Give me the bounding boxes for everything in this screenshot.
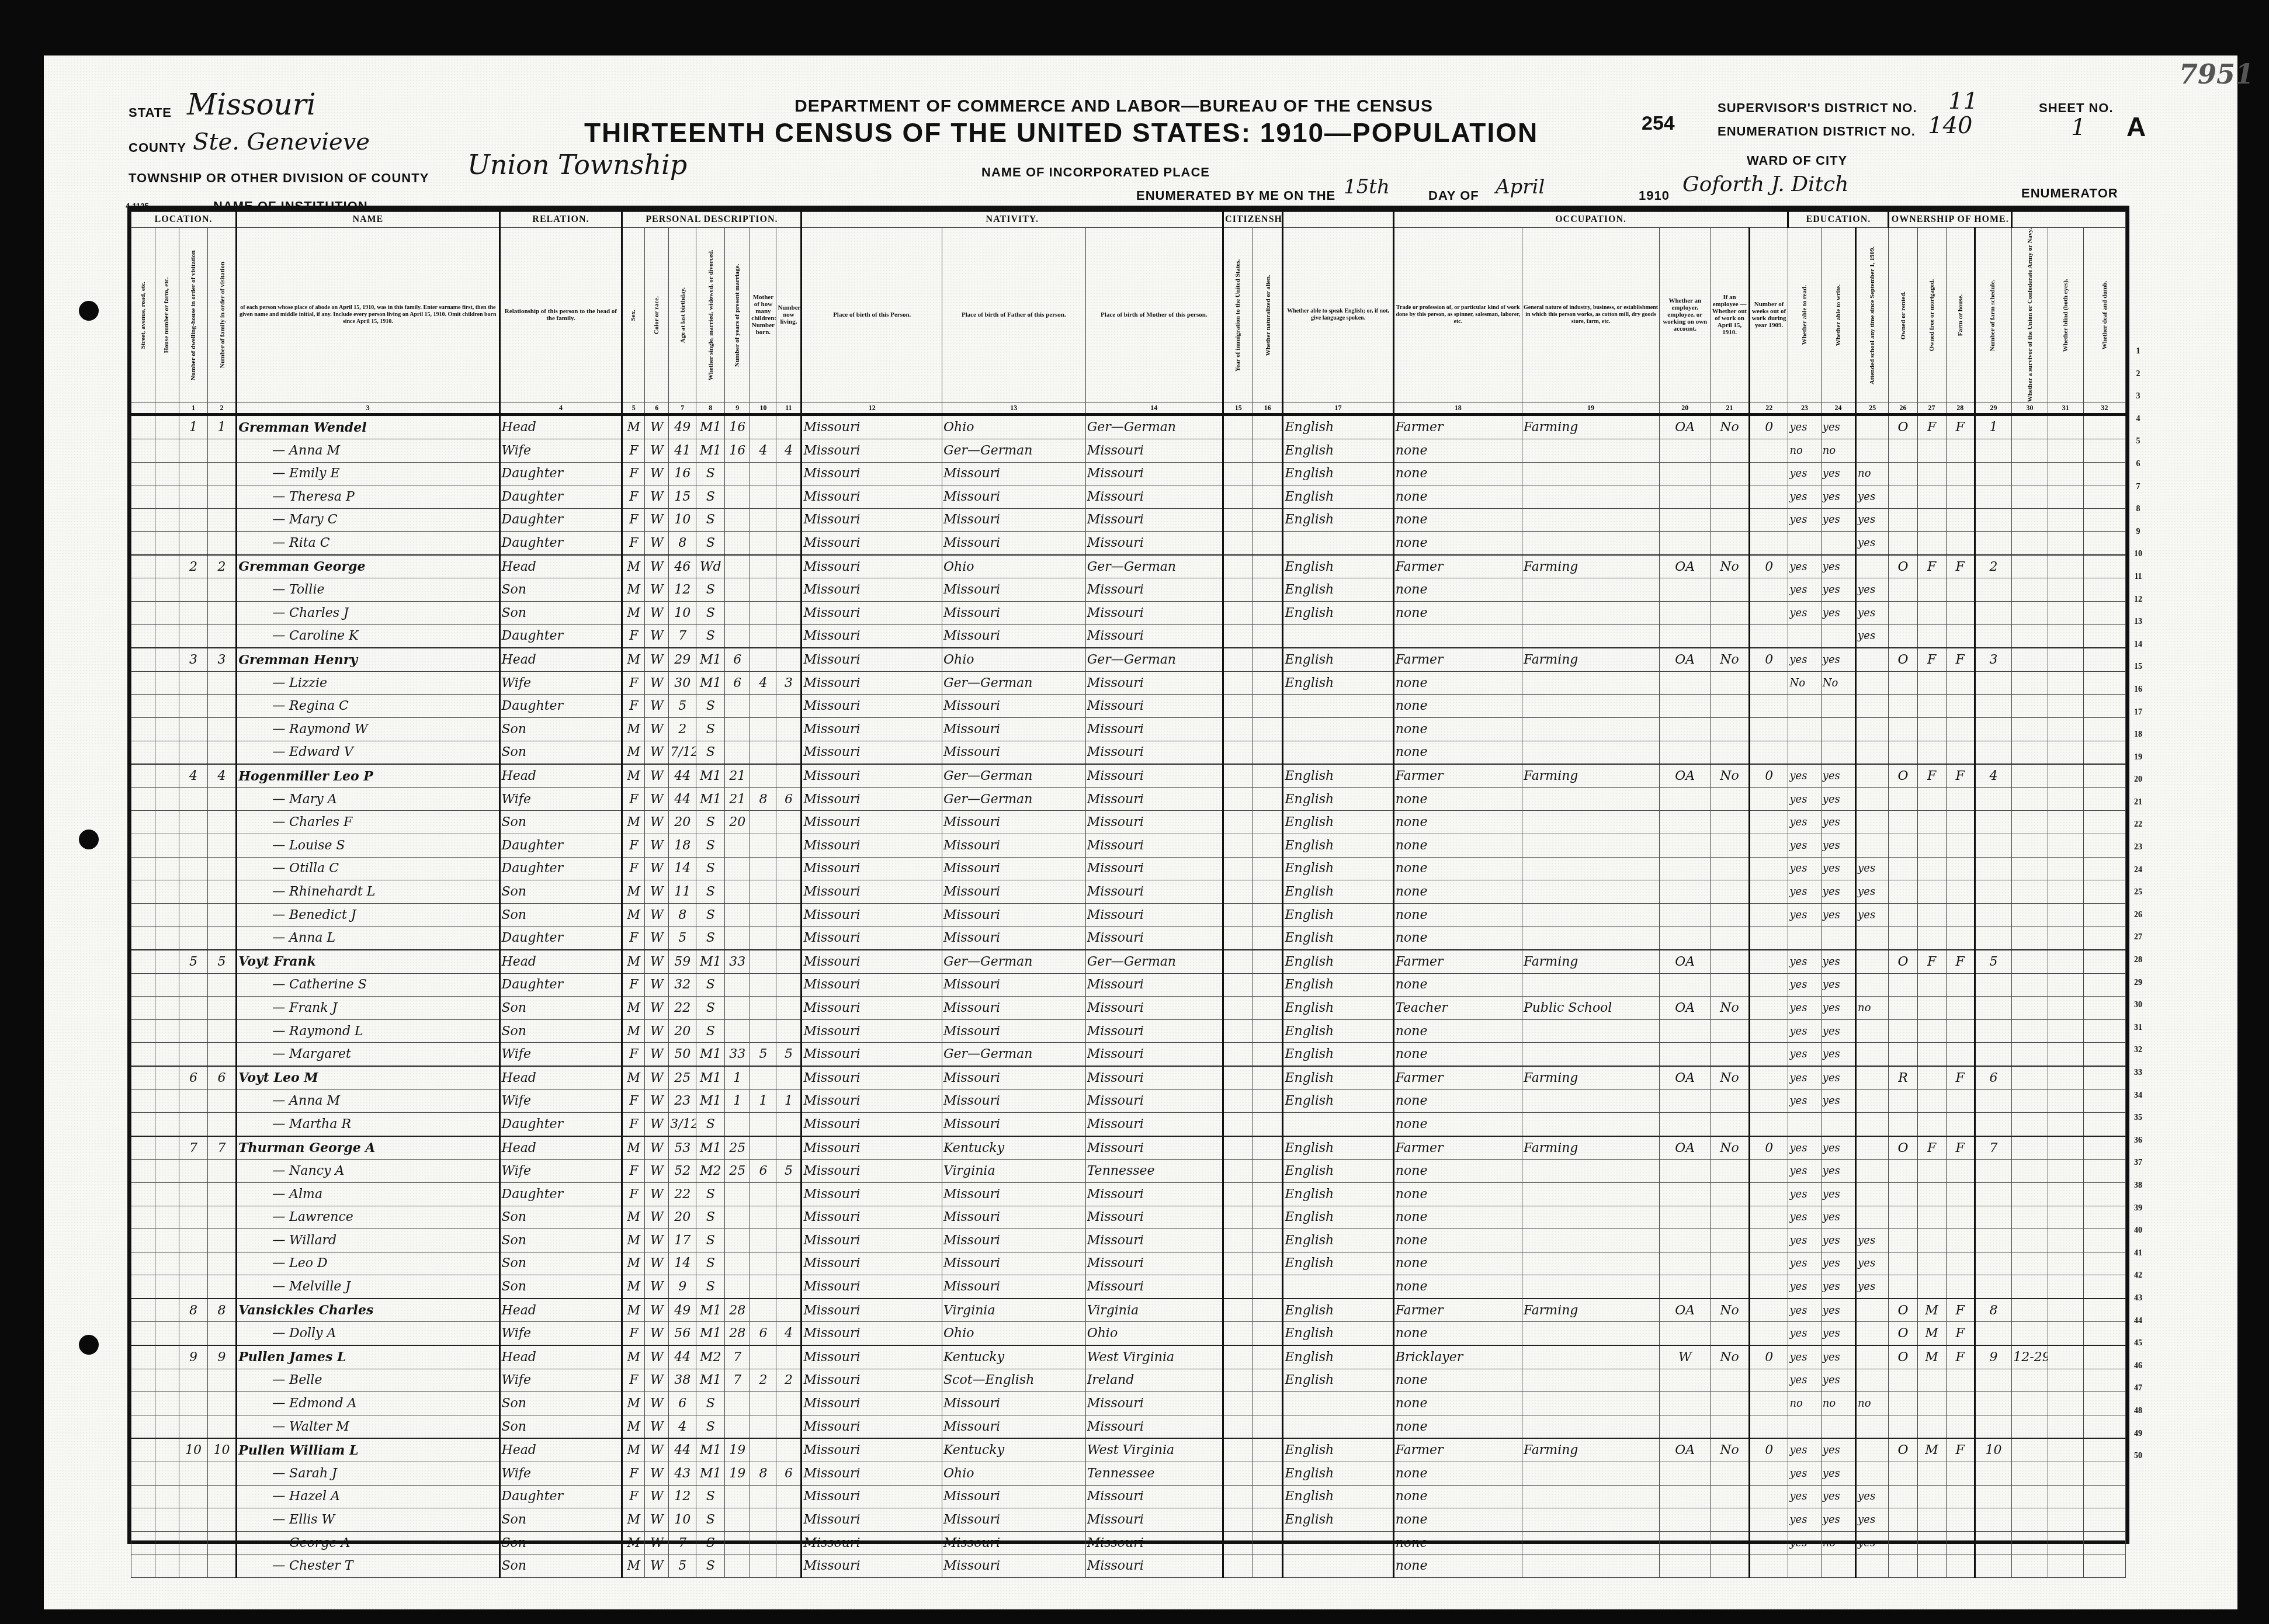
cell-living bbox=[776, 880, 802, 904]
cell-school bbox=[1856, 1554, 1889, 1578]
cell-house bbox=[155, 787, 179, 811]
cell-immig bbox=[1223, 950, 1253, 973]
cell-birth: Missouri bbox=[802, 1462, 942, 1486]
cell-weeks bbox=[1749, 857, 1788, 880]
cell-write: yes bbox=[1821, 1345, 1855, 1369]
cell-english: English bbox=[1283, 1462, 1393, 1486]
cell-immig bbox=[1223, 462, 1253, 485]
cell-immig bbox=[1223, 1113, 1253, 1136]
cell-house bbox=[155, 1462, 179, 1486]
cell-living bbox=[776, 695, 802, 718]
cell-birth: Missouri bbox=[802, 1415, 942, 1438]
cell-dwelling bbox=[179, 1043, 207, 1066]
cell-col32 bbox=[2084, 718, 2126, 741]
cell-name: — Walter M bbox=[237, 1415, 499, 1438]
cell-col31 bbox=[2048, 602, 2083, 625]
cell-own bbox=[1889, 485, 1917, 509]
cell-relation: Son bbox=[499, 1554, 622, 1578]
cell-mother: Missouri bbox=[1085, 1229, 1223, 1252]
cell-col32 bbox=[2084, 602, 2126, 625]
cell-trade: Farmer bbox=[1393, 648, 1522, 671]
cell-school bbox=[1856, 741, 1889, 764]
cell-school bbox=[1856, 718, 1889, 741]
cell-read: yes bbox=[1788, 1299, 1821, 1322]
cell-mother: Missouri bbox=[1085, 1415, 1223, 1438]
cell-own bbox=[1889, 462, 1917, 485]
cell-emp bbox=[1660, 1485, 1711, 1508]
group-relation: RELATION. bbox=[499, 212, 622, 228]
table-row: 77Thurman George AHeadMW53M125MissouriKe… bbox=[131, 1136, 2126, 1160]
cell-father: Missouri bbox=[942, 1554, 1086, 1578]
cell-col30 bbox=[2012, 1392, 2048, 1415]
line-number: 23 bbox=[2126, 837, 2150, 859]
cell-age: 52 bbox=[669, 1160, 696, 1183]
cell-write: No bbox=[1821, 671, 1855, 695]
cell-trade: none bbox=[1393, 834, 1522, 858]
cell-age: 10 bbox=[669, 1508, 696, 1532]
cell-relation: Son bbox=[499, 602, 622, 625]
cell-family: 4 bbox=[208, 764, 237, 787]
line-number: 38 bbox=[2126, 1175, 2150, 1198]
cell-race: W bbox=[645, 1531, 669, 1554]
cell-write: yes bbox=[1821, 1322, 1855, 1345]
cell-dwelling: 2 bbox=[179, 555, 207, 578]
cell-father: Ohio bbox=[942, 1322, 1086, 1345]
cell-race: W bbox=[645, 741, 669, 764]
cell-farm bbox=[1946, 926, 1975, 950]
cell-living bbox=[776, 1345, 802, 1369]
cell-born bbox=[750, 1392, 776, 1415]
cell-emp bbox=[1660, 1531, 1711, 1554]
cell-out bbox=[1711, 926, 1750, 950]
cell-farm: F bbox=[1946, 950, 1975, 973]
cell-farm: F bbox=[1946, 555, 1975, 578]
cell-relation: Head bbox=[499, 950, 622, 973]
cell-years-married: 25 bbox=[725, 1136, 750, 1160]
cell-marital: S bbox=[696, 602, 725, 625]
cell-out bbox=[1711, 1043, 1750, 1066]
cell-emp bbox=[1660, 532, 1711, 555]
cell-trade: none bbox=[1393, 1206, 1522, 1229]
cell-col32 bbox=[2084, 648, 2126, 671]
cell-immig bbox=[1223, 903, 1253, 926]
cell-immig bbox=[1223, 787, 1253, 811]
cell-age: 23 bbox=[669, 1089, 696, 1113]
cell-write: yes bbox=[1821, 1369, 1855, 1392]
cell-industry bbox=[1522, 485, 1659, 509]
cell-col32 bbox=[2084, 857, 2126, 880]
cell-born bbox=[750, 1252, 776, 1275]
cell-weeks bbox=[1749, 1160, 1788, 1183]
cell-own bbox=[1889, 834, 1917, 858]
table-row: — Anna LDaughterFW5SMissouriMissouriMiss… bbox=[131, 926, 2126, 950]
cell-living bbox=[776, 485, 802, 509]
cell-schedule bbox=[1975, 1322, 2012, 1345]
cell-col30 bbox=[2012, 973, 2048, 997]
cell-relation: Head bbox=[499, 1299, 622, 1322]
column-header: Place of birth of this Person. bbox=[802, 228, 942, 402]
cell-race: W bbox=[645, 1485, 669, 1508]
cell-read: yes bbox=[1788, 1275, 1821, 1299]
cell-schedule bbox=[1975, 926, 2012, 950]
cell-own bbox=[1889, 1554, 1917, 1578]
cell-family bbox=[208, 811, 237, 834]
cell-school bbox=[1856, 1136, 1889, 1160]
cell-race: W bbox=[645, 1043, 669, 1066]
cell-school: yes bbox=[1856, 1275, 1889, 1299]
cell-school: yes bbox=[1856, 532, 1889, 555]
cell-dwelling bbox=[179, 462, 207, 485]
cell-weeks: 0 bbox=[1749, 1438, 1788, 1462]
incorporated-place-label: NAME OF INCORPORATED PLACE bbox=[981, 165, 1210, 180]
cell-weeks bbox=[1749, 1275, 1788, 1299]
cell-free bbox=[1917, 1485, 1946, 1508]
cell-industry: Farming bbox=[1522, 555, 1659, 578]
cell-living: 4 bbox=[776, 439, 802, 462]
cell-years-married bbox=[725, 508, 750, 532]
cell-col30 bbox=[2012, 1369, 2048, 1392]
cell-own bbox=[1889, 1206, 1917, 1229]
column-number: 3 bbox=[237, 402, 499, 415]
cell-col30 bbox=[2012, 1019, 2048, 1043]
cell-dwelling bbox=[179, 1485, 207, 1508]
cell-free bbox=[1917, 787, 1946, 811]
column-number: 32 bbox=[2084, 402, 2126, 415]
table-row: — Sarah JWifeFW43M11986MissouriOhioTenne… bbox=[131, 1462, 2126, 1486]
cell-family: 8 bbox=[208, 1299, 237, 1322]
cell-out bbox=[1711, 1019, 1750, 1043]
cell-mother: Missouri bbox=[1085, 485, 1223, 509]
cell-english bbox=[1283, 1113, 1393, 1136]
cell-mother: Missouri bbox=[1085, 508, 1223, 532]
cell-age: 44 bbox=[669, 764, 696, 787]
scan-border-top bbox=[0, 0, 2269, 55]
cell-living bbox=[776, 1392, 802, 1415]
cell-english: English bbox=[1283, 1229, 1393, 1252]
cell-natur bbox=[1253, 1043, 1283, 1066]
cell-birth: Missouri bbox=[802, 1369, 942, 1392]
cell-farm bbox=[1946, 602, 1975, 625]
cell-years-married: 1 bbox=[725, 1089, 750, 1113]
cell-col32 bbox=[2084, 1136, 2126, 1160]
cell-farm: F bbox=[1946, 1322, 1975, 1345]
cell-name: — Charles J bbox=[237, 602, 499, 625]
cell-out bbox=[1711, 1275, 1750, 1299]
cell-race: W bbox=[645, 1508, 669, 1532]
cell-schedule: 2 bbox=[1975, 555, 2012, 578]
cell-race: W bbox=[645, 997, 669, 1020]
cell-english bbox=[1283, 1275, 1393, 1299]
cell-schedule bbox=[1975, 1089, 2012, 1113]
cell-born bbox=[750, 741, 776, 764]
cell-relation: Head bbox=[499, 555, 622, 578]
cell-marital: M1 bbox=[696, 439, 725, 462]
cell-emp: OA bbox=[1660, 1136, 1711, 1160]
cell-own: O bbox=[1889, 1322, 1917, 1345]
cell-family bbox=[208, 741, 237, 764]
cell-free bbox=[1917, 926, 1946, 950]
cell-born bbox=[750, 602, 776, 625]
cell-write bbox=[1821, 695, 1855, 718]
department-heading: DEPARTMENT OF COMMERCE AND LABOR—BUREAU … bbox=[795, 96, 1433, 116]
cell-race: W bbox=[645, 648, 669, 671]
cell-col31 bbox=[2048, 439, 2083, 462]
cell-write: yes bbox=[1821, 1299, 1855, 1322]
cell-farm bbox=[1946, 1392, 1975, 1415]
cell-col30 bbox=[2012, 787, 2048, 811]
cell-own bbox=[1889, 1369, 1917, 1392]
cell-birth: Missouri bbox=[802, 1485, 942, 1508]
cell-family bbox=[208, 1485, 237, 1508]
line-number: 3 bbox=[2126, 386, 2150, 408]
cell-out bbox=[1711, 1206, 1750, 1229]
cell-emp bbox=[1660, 1160, 1711, 1183]
cell-house bbox=[155, 1019, 179, 1043]
cell-farm bbox=[1946, 787, 1975, 811]
cell-dwelling: 8 bbox=[179, 1299, 207, 1322]
cell-house bbox=[155, 811, 179, 834]
cell-own: O bbox=[1889, 1438, 1917, 1462]
cell-dwelling bbox=[179, 1089, 207, 1113]
cell-trade: none bbox=[1393, 1275, 1522, 1299]
cell-write: no bbox=[1821, 1531, 1855, 1554]
cell-english: English bbox=[1283, 1508, 1393, 1532]
cell-school bbox=[1856, 1182, 1889, 1206]
cell-write: yes bbox=[1821, 834, 1855, 858]
cell-born bbox=[750, 857, 776, 880]
cell-write: no bbox=[1821, 1392, 1855, 1415]
cell-emp bbox=[1660, 1369, 1711, 1392]
column-header: Year of immigration to the United States… bbox=[1223, 228, 1253, 402]
cell-mother: Missouri bbox=[1085, 926, 1223, 950]
cell-family: 1 bbox=[208, 415, 237, 439]
cell-col31 bbox=[2048, 415, 2083, 439]
cell-marital: S bbox=[696, 903, 725, 926]
cell-col30 bbox=[2012, 1160, 2048, 1183]
line-number: 30 bbox=[2126, 994, 2150, 1017]
cell-age: 10 bbox=[669, 508, 696, 532]
cell-col32 bbox=[2084, 1160, 2126, 1183]
cell-street bbox=[131, 555, 155, 578]
group-nativity: NATIVITY. bbox=[802, 212, 1223, 228]
cell-own: O bbox=[1889, 764, 1917, 787]
enumerator-name: Goforth J. Ditch bbox=[1682, 172, 1848, 196]
cell-relation: Daughter bbox=[499, 532, 622, 555]
cell-marital: M1 bbox=[696, 671, 725, 695]
cell-name: — Lizzie bbox=[237, 671, 499, 695]
cell-col30 bbox=[2012, 718, 2048, 741]
cell-birth: Missouri bbox=[802, 624, 942, 648]
cell-born bbox=[750, 926, 776, 950]
cell-race: W bbox=[645, 1554, 669, 1578]
cell-farm bbox=[1946, 1043, 1975, 1066]
cell-mother: Missouri bbox=[1085, 903, 1223, 926]
cell-school: yes bbox=[1856, 903, 1889, 926]
cell-industry: Farming bbox=[1522, 1136, 1659, 1160]
cell-birth: Missouri bbox=[802, 415, 942, 439]
cell-weeks bbox=[1749, 1369, 1788, 1392]
cell-marital: M2 bbox=[696, 1345, 725, 1369]
cell-immig bbox=[1223, 857, 1253, 880]
cell-living bbox=[776, 1113, 802, 1136]
cell-dwelling bbox=[179, 1229, 207, 1252]
cell-house bbox=[155, 462, 179, 485]
cell-industry bbox=[1522, 1113, 1659, 1136]
cell-schedule bbox=[1975, 695, 2012, 718]
cell-mother: Missouri bbox=[1085, 1206, 1223, 1229]
cell-read: yes bbox=[1788, 950, 1821, 973]
cell-birth: Missouri bbox=[802, 1182, 942, 1206]
cell-own bbox=[1889, 1160, 1917, 1183]
cell-immig bbox=[1223, 1299, 1253, 1322]
cell-out bbox=[1711, 671, 1750, 695]
cell-own bbox=[1889, 1485, 1917, 1508]
table-row: — Regina CDaughterFW5SMissouriMissouriMi… bbox=[131, 695, 2126, 718]
cell-english: English bbox=[1283, 578, 1393, 602]
cell-race: W bbox=[645, 1089, 669, 1113]
cell-mother: Missouri bbox=[1085, 1136, 1223, 1160]
cell-col32 bbox=[2084, 950, 2126, 973]
cell-free bbox=[1917, 1043, 1946, 1066]
line-number: 24 bbox=[2126, 859, 2150, 882]
cell-race: W bbox=[645, 834, 669, 858]
cell-out bbox=[1711, 811, 1750, 834]
cell-own bbox=[1889, 857, 1917, 880]
cell-family bbox=[208, 1019, 237, 1043]
cell-weeks: 0 bbox=[1749, 764, 1788, 787]
cell-trade: none bbox=[1393, 602, 1522, 625]
cell-emp bbox=[1660, 1089, 1711, 1113]
cell-race: W bbox=[645, 787, 669, 811]
cell-industry bbox=[1522, 811, 1659, 834]
cell-col32 bbox=[2084, 1531, 2126, 1554]
township-value: Union Township bbox=[467, 149, 687, 181]
cell-mother: Missouri bbox=[1085, 578, 1223, 602]
cell-natur bbox=[1253, 718, 1283, 741]
cell-name: Thurman George A bbox=[237, 1136, 499, 1160]
cell-farm bbox=[1946, 1415, 1975, 1438]
cell-dwelling bbox=[179, 811, 207, 834]
cell-mother: Ireland bbox=[1085, 1369, 1223, 1392]
cell-relation: Daughter bbox=[499, 508, 622, 532]
cell-col32 bbox=[2084, 1438, 2126, 1462]
cell-weeks bbox=[1749, 439, 1788, 462]
cell-own bbox=[1889, 926, 1917, 950]
group-personal: PERSONAL DESCRIPTION. bbox=[622, 212, 802, 228]
census-title: THIRTEENTH CENSUS OF THE UNITED STATES: … bbox=[584, 117, 1538, 148]
cell-read: yes bbox=[1788, 1089, 1821, 1113]
corner-annotation: 7951 bbox=[2179, 58, 2254, 90]
cell-english: English bbox=[1283, 811, 1393, 834]
cell-read: yes bbox=[1788, 764, 1821, 787]
cell-race: W bbox=[645, 950, 669, 973]
cell-marital: M1 bbox=[696, 787, 725, 811]
cell-father: Missouri bbox=[942, 1485, 1086, 1508]
cell-farm bbox=[1946, 1554, 1975, 1578]
cell-marital: S bbox=[696, 1485, 725, 1508]
cell-marital: M1 bbox=[696, 1462, 725, 1486]
cell-years-married bbox=[725, 462, 750, 485]
cell-own: O bbox=[1889, 1345, 1917, 1369]
cell-immig bbox=[1223, 811, 1253, 834]
cell-dwelling bbox=[179, 1275, 207, 1299]
cell-weeks: 0 bbox=[1749, 555, 1788, 578]
cell-out: No bbox=[1711, 764, 1750, 787]
cell-race: W bbox=[645, 764, 669, 787]
cell-col30 bbox=[2012, 1485, 2048, 1508]
table-row: — Louise SDaughterFW18SMissouriMissouriM… bbox=[131, 834, 2126, 858]
cell-write: yes bbox=[1821, 950, 1855, 973]
cell-col30 bbox=[2012, 439, 2048, 462]
cell-father: Missouri bbox=[942, 1113, 1086, 1136]
cell-free: F bbox=[1917, 555, 1946, 578]
cell-age: 6 bbox=[669, 1392, 696, 1415]
column-number: 27 bbox=[1917, 402, 1946, 415]
cell-write: yes bbox=[1821, 602, 1855, 625]
cell-out bbox=[1711, 1508, 1750, 1532]
cell-street bbox=[131, 741, 155, 764]
cell-street bbox=[131, 1229, 155, 1252]
cell-father: Ger—German bbox=[942, 787, 1086, 811]
cell-age: 2 bbox=[669, 718, 696, 741]
cell-english: English bbox=[1283, 880, 1393, 904]
cell-sex: M bbox=[622, 1392, 645, 1415]
cell-race: W bbox=[645, 1299, 669, 1322]
cell-relation: Wife bbox=[499, 1369, 622, 1392]
cell-col30 bbox=[2012, 1043, 2048, 1066]
cell-col30 bbox=[2012, 903, 2048, 926]
cell-house bbox=[155, 1182, 179, 1206]
table-row: — Charles JSonMW10SMissouriMissouriMisso… bbox=[131, 602, 2126, 625]
cell-sex: F bbox=[622, 1369, 645, 1392]
table-row: 22Gremman GeorgeHeadMW46WdMissouriOhioGe… bbox=[131, 555, 2126, 578]
cell-col31 bbox=[2048, 1206, 2083, 1229]
cell-col31 bbox=[2048, 811, 2083, 834]
month-value: April bbox=[1496, 175, 1545, 199]
enumeration-district-label: ENUMERATION DISTRICT NO. bbox=[1718, 124, 1916, 139]
cell-col30 bbox=[2012, 1136, 2048, 1160]
cell-years-married bbox=[725, 1275, 750, 1299]
cell-schedule bbox=[1975, 880, 2012, 904]
column-number: 5 bbox=[622, 402, 645, 415]
cell-schedule bbox=[1975, 578, 2012, 602]
cell-col31 bbox=[2048, 1160, 2083, 1183]
cell-weeks bbox=[1749, 1229, 1788, 1252]
cell-out bbox=[1711, 1182, 1750, 1206]
cell-weeks bbox=[1749, 880, 1788, 904]
cell-age: 20 bbox=[669, 811, 696, 834]
cell-industry: Public School bbox=[1522, 997, 1659, 1020]
cell-father: Missouri bbox=[942, 532, 1086, 555]
cell-write: yes bbox=[1821, 903, 1855, 926]
cell-house bbox=[155, 764, 179, 787]
line-number: 48 bbox=[2126, 1400, 2150, 1423]
cell-school: yes bbox=[1856, 1485, 1889, 1508]
cell-living bbox=[776, 508, 802, 532]
cell-farm bbox=[1946, 1252, 1975, 1275]
cell-col30 bbox=[2012, 1299, 2048, 1322]
cell-house bbox=[155, 1275, 179, 1299]
cell-living bbox=[776, 997, 802, 1020]
cell-family bbox=[208, 926, 237, 950]
cell-immig bbox=[1223, 1392, 1253, 1415]
cell-birth: Missouri bbox=[802, 695, 942, 718]
cell-write: yes bbox=[1821, 1485, 1855, 1508]
cell-col31 bbox=[2048, 508, 2083, 532]
cell-race: W bbox=[645, 508, 669, 532]
cell-house bbox=[155, 1322, 179, 1345]
cell-street bbox=[131, 764, 155, 787]
